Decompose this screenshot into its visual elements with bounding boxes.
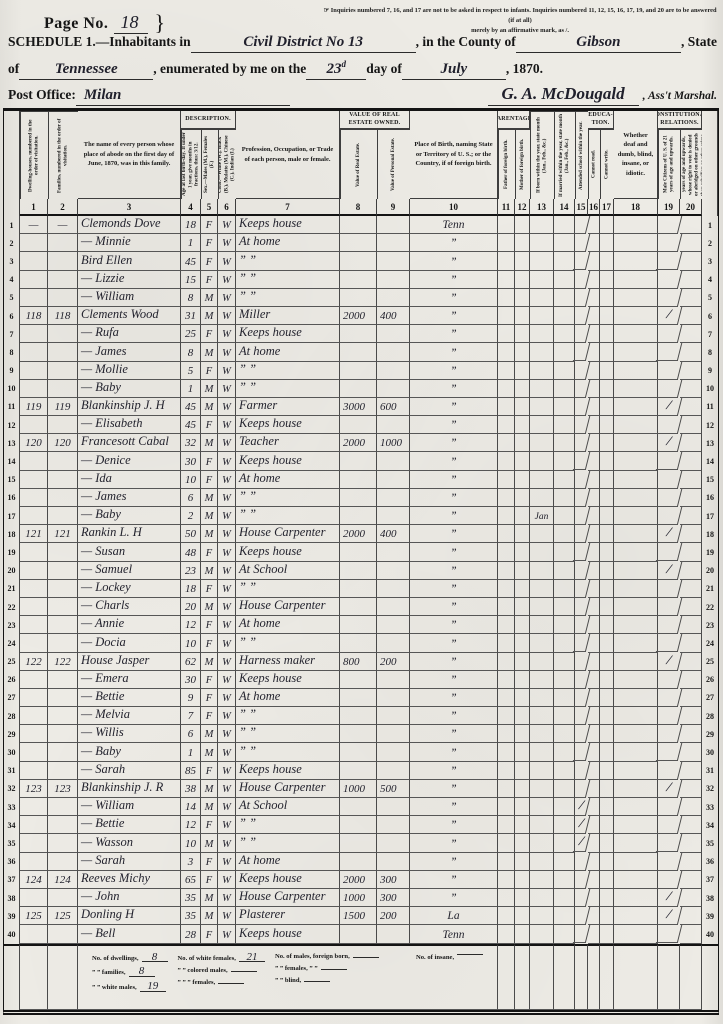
person-name: Clements Wood	[78, 307, 181, 325]
family-number	[48, 543, 78, 561]
row-number-right: 17	[702, 507, 718, 525]
dwelling-number: 125	[20, 907, 48, 925]
deaf-dumb-cell	[614, 362, 658, 380]
age-value: 28	[181, 925, 201, 943]
occupation-value: Teacher	[236, 434, 340, 452]
dwelling-number	[20, 234, 48, 252]
occupation-value: Keeps house	[236, 416, 340, 434]
birthplace-value: ”	[410, 562, 498, 580]
summary-label: No. of males, foreign born,	[275, 953, 350, 960]
born-month-value	[530, 653, 554, 671]
deaf-dumb-cell	[614, 416, 658, 434]
color-value: W	[218, 434, 236, 452]
insane-box: No. of insane,	[410, 944, 498, 1010]
deaf-dumb-cell	[614, 380, 658, 398]
mother-foreign-cell	[515, 507, 530, 525]
real-estate-value	[340, 562, 377, 580]
family-number: —	[48, 216, 78, 234]
dwelling-number	[20, 580, 48, 598]
mother-foreign-cell	[515, 416, 530, 434]
personal-estate-value	[377, 598, 410, 616]
personal-estate-value	[377, 562, 410, 580]
occupation-value: Keeps house	[236, 325, 340, 343]
deaf-dumb-cell	[614, 325, 658, 343]
cannot-write-cell	[600, 616, 614, 634]
color-value: W	[218, 452, 236, 470]
birthplace-value: ”	[410, 252, 498, 270]
person-name: — Baby	[78, 743, 181, 761]
summary-value	[231, 971, 257, 972]
column-number-15: 15	[575, 199, 588, 216]
occupation-value: ” ”	[236, 725, 340, 743]
column-number-5: 5	[201, 199, 218, 216]
row-number-left: 30	[4, 743, 20, 761]
row-number-right: 27	[702, 689, 718, 707]
age-value: 9	[181, 689, 201, 707]
marshal-title: , Ass't Marshal.	[643, 90, 717, 102]
birthplace-value: ”	[410, 725, 498, 743]
mother-foreign-cell	[515, 271, 530, 289]
cannot-read-cell	[588, 743, 600, 761]
row-number-right: 33	[702, 798, 718, 816]
row-number-left: 12	[4, 416, 20, 434]
age-value: 30	[181, 452, 201, 470]
person-name: — Baby	[78, 507, 181, 525]
real-estate-value	[340, 471, 377, 489]
color-value: W	[218, 234, 236, 252]
real-estate-value: 2000	[340, 525, 377, 543]
cannot-write-cell	[600, 907, 614, 925]
cannot-write-cell	[600, 653, 614, 671]
birthplace-value: ”	[410, 816, 498, 834]
married-month-cell	[554, 689, 575, 707]
age-value: 7	[181, 707, 201, 725]
personal-estate-value	[377, 471, 410, 489]
father-foreign-cell	[498, 562, 515, 580]
cannot-read-cell	[588, 816, 600, 834]
married-month-cell	[554, 289, 575, 307]
born-month-value	[530, 434, 554, 452]
person-name: Blankinship J. R	[78, 780, 181, 798]
dwelling-number	[20, 762, 48, 780]
married-month-cell	[554, 434, 575, 452]
color-value: W	[218, 725, 236, 743]
column-number-17: 17	[600, 199, 614, 216]
vote-denied-cell	[680, 707, 702, 725]
cannot-read-cell	[588, 762, 600, 780]
birthplace-value: ”	[410, 489, 498, 507]
deaf-dumb-cell	[614, 452, 658, 470]
row-number-left: 8	[4, 343, 20, 361]
personal-estate-value: 600	[377, 398, 410, 416]
sex-value: F	[201, 871, 218, 889]
person-name: — Sarah	[78, 853, 181, 871]
dwelling-number: —	[20, 216, 48, 234]
dwelling-number	[20, 325, 48, 343]
birthplace-value: ”	[410, 343, 498, 361]
row-number-right: 15	[702, 471, 718, 489]
cannot-read-cell	[588, 853, 600, 871]
cannot-read-cell	[588, 907, 600, 925]
color-value: W	[218, 871, 236, 889]
cannot-read-cell	[588, 871, 600, 889]
vote-denied-cell	[680, 543, 702, 561]
person-name: — James	[78, 489, 181, 507]
male-citizen-tick	[656, 380, 683, 398]
row-number-left: 9	[4, 362, 20, 380]
family-number	[48, 507, 78, 525]
occupation-value: At School	[236, 562, 340, 580]
age-value: 10	[181, 834, 201, 852]
deaf-dumb-cell	[614, 762, 658, 780]
summary-line: ” ” blind,	[275, 977, 379, 984]
occupation-value: Miller	[236, 307, 340, 325]
father-foreign-cell	[498, 252, 515, 270]
family-number: 121	[48, 525, 78, 543]
dwelling-number: 119	[20, 398, 48, 416]
personal-estate-value: 200	[377, 653, 410, 671]
person-name: — Rufa	[78, 325, 181, 343]
occupation-value: ” ”	[236, 834, 340, 852]
mother-foreign-cell	[515, 616, 530, 634]
deaf-dumb-cell	[614, 907, 658, 925]
insane-value	[457, 954, 483, 955]
column-number-19: 19	[658, 199, 680, 216]
summary-column-1: No. of dwellings,8” ” families,8” ” whit…	[92, 953, 168, 992]
summary-label: ” ” ” females,	[178, 979, 216, 986]
census-page-scan: Page No. 18 } ☞ Inquiries numbered 7, 16…	[0, 0, 723, 1024]
male-citizen-tick: /	[656, 889, 683, 907]
vote-denied-cell	[680, 616, 702, 634]
occupation-value: ” ”	[236, 380, 340, 398]
born-month-value: Jan	[530, 507, 554, 525]
person-name: — Wasson	[78, 834, 181, 852]
personal-estate-value	[377, 798, 410, 816]
person-name: — Lizzie	[78, 271, 181, 289]
footer-small-col	[530, 944, 554, 1010]
occupation-value: Harness maker	[236, 653, 340, 671]
male-citizen-tick	[656, 616, 683, 634]
father-foreign-cell	[498, 762, 515, 780]
real-estate-value	[340, 543, 377, 561]
row-number-right: 22	[702, 598, 718, 616]
row-number-left: 24	[4, 634, 20, 652]
row-number-right: 26	[702, 671, 718, 689]
vote-denied-cell	[680, 507, 702, 525]
color-value: W	[218, 853, 236, 871]
father-foreign-cell	[498, 907, 515, 925]
summary-line: ” ” colored males,	[178, 967, 265, 974]
born-month-value	[530, 216, 554, 234]
real-estate-value	[340, 616, 377, 634]
age-value: 30	[181, 671, 201, 689]
pointing-hand-icon: ☞	[323, 7, 329, 14]
born-month-value	[530, 452, 554, 470]
dwelling-number	[20, 271, 48, 289]
cannot-read-cell	[588, 562, 600, 580]
mother-foreign-cell	[515, 398, 530, 416]
age-value: 1	[181, 234, 201, 252]
married-month-cell	[554, 380, 575, 398]
column-heading-7: Profession, Occupation, or Trade of each…	[236, 111, 340, 199]
married-month-cell	[554, 798, 575, 816]
born-month-value	[530, 580, 554, 598]
row-number-right: 36	[702, 853, 718, 871]
married-month-cell	[554, 416, 575, 434]
born-month-value	[530, 834, 554, 852]
father-foreign-cell	[498, 362, 515, 380]
deaf-dumb-cell	[614, 616, 658, 634]
deaf-dumb-cell	[614, 743, 658, 761]
father-foreign-cell	[498, 834, 515, 852]
married-month-cell	[554, 762, 575, 780]
dwelling-number	[20, 743, 48, 761]
vote-denied-cell	[680, 234, 702, 252]
vote-denied-cell	[680, 634, 702, 652]
color-value: W	[218, 362, 236, 380]
column-number-4: 4	[181, 199, 201, 216]
column-heading-9: Value of Personal Estate.	[377, 129, 410, 199]
mother-foreign-cell	[515, 525, 530, 543]
person-name: — John	[78, 889, 181, 907]
post-office-label: Post Office:	[8, 87, 76, 103]
married-month-cell	[554, 834, 575, 852]
cannot-read-cell	[588, 434, 600, 452]
vote-denied-cell	[680, 271, 702, 289]
male-citizen-tick: /	[656, 780, 683, 798]
age-value: 12	[181, 616, 201, 634]
row-number-left: 37	[4, 871, 20, 889]
age-value: 65	[181, 871, 201, 889]
occupation-value: ” ”	[236, 816, 340, 834]
born-month-value	[530, 671, 554, 689]
birthplace-value: ”	[410, 707, 498, 725]
real-estate-value	[340, 853, 377, 871]
mother-foreign-cell	[515, 289, 530, 307]
vote-denied-cell	[680, 252, 702, 270]
family-number	[48, 834, 78, 852]
cannot-read-cell	[588, 307, 600, 325]
sex-value: M	[201, 889, 218, 907]
real-estate-value	[340, 234, 377, 252]
color-value: W	[218, 762, 236, 780]
color-value: W	[218, 507, 236, 525]
occupation-value: At home	[236, 689, 340, 707]
person-name: House Jasper	[78, 653, 181, 671]
occupation-value: House Carpenter	[236, 598, 340, 616]
color-value: W	[218, 525, 236, 543]
mother-foreign-cell	[515, 380, 530, 398]
cannot-read-cell	[588, 671, 600, 689]
birthplace-value: ”	[410, 780, 498, 798]
row-number-right: 20	[702, 562, 718, 580]
personal-estate-value	[377, 743, 410, 761]
row-number-right: 28	[702, 707, 718, 725]
real-estate-value	[340, 325, 377, 343]
column-heading-8: Value of Real Estate.	[340, 129, 377, 199]
male-citizen-tick	[656, 507, 683, 525]
row-number-right: 29	[702, 725, 718, 743]
summary-label: ” ” blind,	[275, 977, 301, 984]
family-number	[48, 580, 78, 598]
vote-denied-cell	[680, 834, 702, 852]
father-foreign-cell	[498, 653, 515, 671]
summary-line: No. of dwellings,8	[92, 953, 168, 963]
marshal-signature: G. A. McDougald	[488, 84, 639, 106]
cannot-write-cell	[600, 234, 614, 252]
age-value: 3	[181, 853, 201, 871]
summary-label: No. of white females,	[178, 955, 236, 962]
father-foreign-cell	[498, 725, 515, 743]
column-heading-11: Father of foreign birth.	[498, 129, 515, 199]
person-name: — Willis	[78, 725, 181, 743]
deaf-dumb-cell	[614, 398, 658, 416]
mother-foreign-cell	[515, 216, 530, 234]
column-heading-13: If born within the year, state month (Ja…	[530, 111, 554, 199]
row-number-left: 13	[4, 434, 20, 452]
page-header: Page No. 18 } ☞ Inquiries numbered 7, 16…	[0, 0, 723, 108]
dwelling-number	[20, 689, 48, 707]
day-ordinal: d	[341, 59, 346, 69]
personal-estate-value	[377, 925, 410, 943]
deaf-dumb-cell	[614, 489, 658, 507]
born-month-value	[530, 798, 554, 816]
dwelling-number	[20, 889, 48, 907]
real-estate-value	[340, 816, 377, 834]
cannot-write-cell	[600, 671, 614, 689]
family-number	[48, 471, 78, 489]
cannot-read-cell	[588, 362, 600, 380]
column-heading-5: Sex.—Males (M.), Females (F.)	[201, 129, 218, 199]
sex-value: F	[201, 471, 218, 489]
color-value: W	[218, 634, 236, 652]
footer-col1	[20, 944, 48, 1010]
personal-estate-value	[377, 689, 410, 707]
left-margin-header	[4, 111, 20, 216]
person-name: Clemonds Dove	[78, 216, 181, 234]
cannot-write-cell	[600, 816, 614, 834]
person-name: — Samuel	[78, 562, 181, 580]
age-value: 23	[181, 562, 201, 580]
father-foreign-cell	[498, 216, 515, 234]
row-number-right: 9	[702, 362, 718, 380]
birthplace-value: ”	[410, 434, 498, 452]
real-estate-value	[340, 671, 377, 689]
real-estate-value	[340, 598, 377, 616]
row-number-left: 32	[4, 780, 20, 798]
male-citizen-tick	[656, 762, 683, 780]
real-estate-value: 1500	[340, 907, 377, 925]
summary-value: 19	[140, 982, 166, 992]
male-citizen-tick	[656, 343, 683, 361]
born-month-value	[530, 853, 554, 871]
cannot-write-cell	[600, 362, 614, 380]
father-foreign-cell	[498, 289, 515, 307]
family-number	[48, 634, 78, 652]
cannot-write-cell	[600, 780, 614, 798]
personal-estate-value	[377, 234, 410, 252]
row-number-left: 1	[4, 216, 20, 234]
row-number-left: 34	[4, 816, 20, 834]
color-value: W	[218, 925, 236, 943]
occupation-value: Keeps house	[236, 216, 340, 234]
vote-denied-cell	[680, 289, 702, 307]
family-number	[48, 271, 78, 289]
married-month-cell	[554, 307, 575, 325]
age-value: 6	[181, 725, 201, 743]
birthplace-value: ”	[410, 471, 498, 489]
row-number-right: 10	[702, 380, 718, 398]
column-number-6: 6	[218, 199, 236, 216]
row-number-right: 35	[702, 834, 718, 852]
cannot-write-cell	[600, 562, 614, 580]
dwelling-number	[20, 543, 48, 561]
real-estate-value	[340, 452, 377, 470]
occupation-value: At home	[236, 853, 340, 871]
cannot-write-cell	[600, 307, 614, 325]
birthplace-value: ”	[410, 380, 498, 398]
cannot-write-cell	[600, 325, 614, 343]
row-number-left: 21	[4, 580, 20, 598]
sex-value: F	[201, 762, 218, 780]
color-value: W	[218, 889, 236, 907]
sex-value: F	[201, 416, 218, 434]
dwelling-number	[20, 616, 48, 634]
person-name: — Annie	[78, 616, 181, 634]
family-number	[48, 889, 78, 907]
real-estate-value	[340, 289, 377, 307]
column-number-11: 11	[498, 199, 515, 216]
color-value: W	[218, 798, 236, 816]
mother-foreign-cell	[515, 343, 530, 361]
male-citizen-tick: /	[656, 562, 683, 580]
note-line-2: merely by an affirmative mark, as /.	[471, 27, 569, 34]
real-estate-value	[340, 798, 377, 816]
age-value: 62	[181, 653, 201, 671]
month-handwritten: July	[402, 61, 506, 80]
married-month-cell	[554, 598, 575, 616]
dwelling-number	[20, 671, 48, 689]
real-estate-value	[340, 489, 377, 507]
born-month-value	[530, 289, 554, 307]
sex-value: F	[201, 234, 218, 252]
father-foreign-cell	[498, 398, 515, 416]
cannot-write-cell	[600, 543, 614, 561]
personal-estate-value	[377, 580, 410, 598]
person-name: — Sarah	[78, 762, 181, 780]
family-number: 123	[48, 780, 78, 798]
mother-foreign-cell	[515, 252, 530, 270]
age-value: 45	[181, 252, 201, 270]
day-handwritten: 23d	[306, 59, 366, 80]
row-number-right: 31	[702, 762, 718, 780]
married-month-cell	[554, 271, 575, 289]
summary-line: ” ” ” females,	[178, 979, 265, 986]
color-value: W	[218, 616, 236, 634]
dwelling-number	[20, 798, 48, 816]
summary-box: No. of dwellings,8” ” families,8” ” whit…	[78, 944, 410, 1010]
born-month-value	[530, 398, 554, 416]
real-estate-value	[340, 689, 377, 707]
cannot-read-cell	[588, 471, 600, 489]
born-month-value	[530, 562, 554, 580]
dwelling-number	[20, 489, 48, 507]
row-number-left: 3	[4, 252, 20, 270]
vote-denied-cell	[680, 307, 702, 325]
family-number	[48, 289, 78, 307]
male-citizen-tick	[656, 925, 683, 943]
birthplace-value: ”	[410, 889, 498, 907]
